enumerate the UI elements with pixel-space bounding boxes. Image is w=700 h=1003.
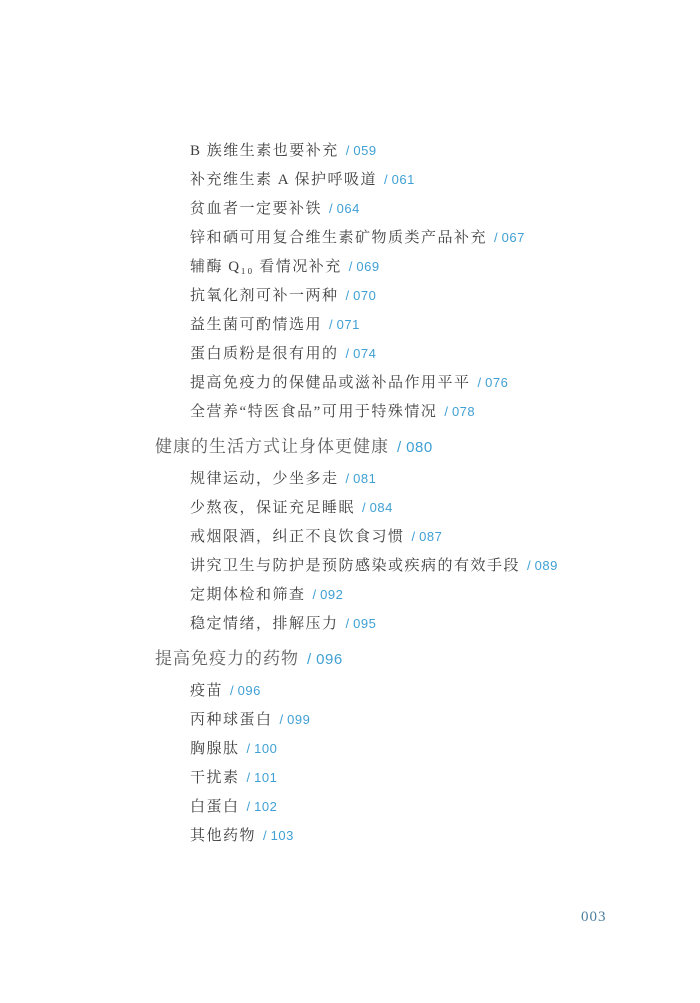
toc-item-page-number: 061: [392, 172, 415, 187]
toc-item-title: 蛋白质粉是很有用的: [190, 346, 339, 362]
toc-separator: /: [247, 741, 251, 756]
toc-item-title: 稳定情绪，排解压力: [190, 616, 339, 632]
toc-item-title: 讲究卫生与防护是预防感染或疾病的有效手段: [190, 558, 520, 574]
toc-item: B 族维生素也要补充/059: [0, 136, 700, 165]
toc-separator: /: [247, 770, 251, 785]
toc-item-page-number: 096: [238, 683, 261, 698]
toc-item-page-number: 102: [254, 799, 277, 814]
toc: B 族维生素也要补充/059补充维生素 A 保护呼吸道/061贫血者一定要补铁/…: [0, 136, 700, 850]
toc-section-heading-page-number: 096: [316, 651, 343, 668]
toc-item-page-number: 081: [353, 471, 376, 486]
toc-separator: /: [478, 375, 482, 390]
toc-section-heading: 健康的生活方式让身体更健康/080: [0, 430, 700, 464]
toc-separator: /: [346, 143, 350, 158]
toc-separator: /: [362, 500, 366, 515]
toc-separator: /: [349, 259, 353, 274]
toc-item: 益生菌可酌情选用/071: [0, 310, 700, 339]
toc-item-page-number: 074: [353, 346, 376, 361]
toc-item-title: 全营养“特医食品”可用于特殊情况: [190, 404, 437, 420]
toc-item-title: 抗氧化剂可补一两种: [190, 288, 339, 304]
toc-item-page-number: 100: [254, 741, 277, 756]
toc-item-page-number: 103: [271, 828, 294, 843]
toc-item: 少熬夜，保证充足睡眠/084: [0, 493, 700, 522]
toc-item: 蛋白质粉是很有用的/074: [0, 339, 700, 368]
toc-item-title: 其他药物: [190, 828, 256, 844]
toc-item: 贫血者一定要补铁/064: [0, 194, 700, 223]
toc-separator: /: [412, 529, 416, 544]
page-number: 003: [581, 909, 607, 926]
toc-item-title: 辅酶 Q₁₀ 看情况补充: [190, 259, 342, 275]
toc-item-title: 丙种球蛋白: [190, 712, 273, 728]
toc-separator: /: [329, 317, 333, 332]
toc-item: 其他药物/103: [0, 821, 700, 850]
toc-item-title: 贫血者一定要补铁: [190, 201, 322, 217]
toc-separator: /: [307, 651, 311, 668]
toc-item-title: 补充维生素 A 保护呼吸道: [190, 172, 377, 188]
toc-separator: /: [329, 201, 333, 216]
toc-separator: /: [384, 172, 388, 187]
toc-item-title: 益生菌可酌情选用: [190, 317, 322, 333]
toc-item: 疫苗/096: [0, 676, 700, 705]
toc-item-title: B 族维生素也要补充: [190, 143, 339, 159]
toc-item: 抗氧化剂可补一两种/070: [0, 281, 700, 310]
toc-item: 辅酶 Q₁₀ 看情况补充/069: [0, 252, 700, 281]
toc-separator: /: [280, 712, 284, 727]
toc-item-page-number: 092: [320, 587, 343, 602]
book-page: B 族维生素也要补充/059补充维生素 A 保护呼吸道/061贫血者一定要补铁/…: [0, 0, 700, 1003]
toc-separator: /: [346, 346, 350, 361]
toc-separator: /: [313, 587, 317, 602]
toc-item-title: 干扰素: [190, 770, 240, 786]
toc-item-title: 疫苗: [190, 683, 223, 699]
toc-item-title: 提高免疫力的保健品或滋补品作用平平: [190, 375, 471, 391]
toc-item: 戒烟限酒，纠正不良饮食习惯/087: [0, 522, 700, 551]
toc-separator: /: [444, 404, 448, 419]
toc-item: 全营养“特医食品”可用于特殊情况/078: [0, 397, 700, 426]
toc-item: 丙种球蛋白/099: [0, 705, 700, 734]
toc-item-page-number: 099: [287, 712, 310, 727]
toc-item-title: 锌和硒可用复合维生素矿物质类产品补充: [190, 230, 487, 246]
toc-item-title: 白蛋白: [190, 799, 240, 815]
toc-separator: /: [527, 558, 531, 573]
toc-item-page-number: 087: [419, 529, 442, 544]
toc-item-title: 戒烟限酒，纠正不良饮食习惯: [190, 529, 405, 545]
toc-item: 稳定情绪，排解压力/095: [0, 609, 700, 638]
toc-item-page-number: 078: [452, 404, 475, 419]
toc-separator: /: [397, 439, 401, 456]
toc-separator: /: [230, 683, 234, 698]
toc-item: 白蛋白/102: [0, 792, 700, 821]
toc-separator: /: [263, 828, 267, 843]
toc-separator: /: [346, 288, 350, 303]
toc-item-page-number: 069: [356, 259, 379, 274]
toc-item-page-number: 071: [337, 317, 360, 332]
toc-item-page-number: 095: [353, 616, 376, 631]
toc-item-title: 少熬夜，保证充足睡眠: [190, 500, 355, 516]
toc-item: 讲究卫生与防护是预防感染或疾病的有效手段/089: [0, 551, 700, 580]
toc-item: 干扰素/101: [0, 763, 700, 792]
toc-item: 规律运动，少坐多走/081: [0, 464, 700, 493]
toc-separator: /: [346, 616, 350, 631]
toc-item-page-number: 059: [353, 143, 376, 158]
toc-item-title: 胸腺肽: [190, 741, 240, 757]
toc-item-page-number: 089: [535, 558, 558, 573]
toc-item-title: 定期体检和筛查: [190, 587, 306, 603]
toc-item-page-number: 076: [485, 375, 508, 390]
toc-separator: /: [494, 230, 498, 245]
toc-item-page-number: 070: [353, 288, 376, 303]
toc-section-heading: 提高免疫力的药物/096: [0, 642, 700, 676]
toc-item-page-number: 064: [337, 201, 360, 216]
toc-separator: /: [346, 471, 350, 486]
toc-item-page-number: 101: [254, 770, 277, 785]
toc-item-title: 规律运动，少坐多走: [190, 471, 339, 487]
toc-item: 定期体检和筛查/092: [0, 580, 700, 609]
toc-section-heading-page-number: 080: [406, 439, 433, 456]
toc-section-heading-title: 提高免疫力的药物: [155, 649, 299, 668]
toc-item: 提高免疫力的保健品或滋补品作用平平/076: [0, 368, 700, 397]
toc-item: 补充维生素 A 保护呼吸道/061: [0, 165, 700, 194]
toc-separator: /: [247, 799, 251, 814]
toc-item: 胸腺肽/100: [0, 734, 700, 763]
toc-section-heading-title: 健康的生活方式让身体更健康: [155, 437, 389, 456]
toc-item-page-number: 084: [370, 500, 393, 515]
toc-item-page-number: 067: [502, 230, 525, 245]
toc-item: 锌和硒可用复合维生素矿物质类产品补充/067: [0, 223, 700, 252]
